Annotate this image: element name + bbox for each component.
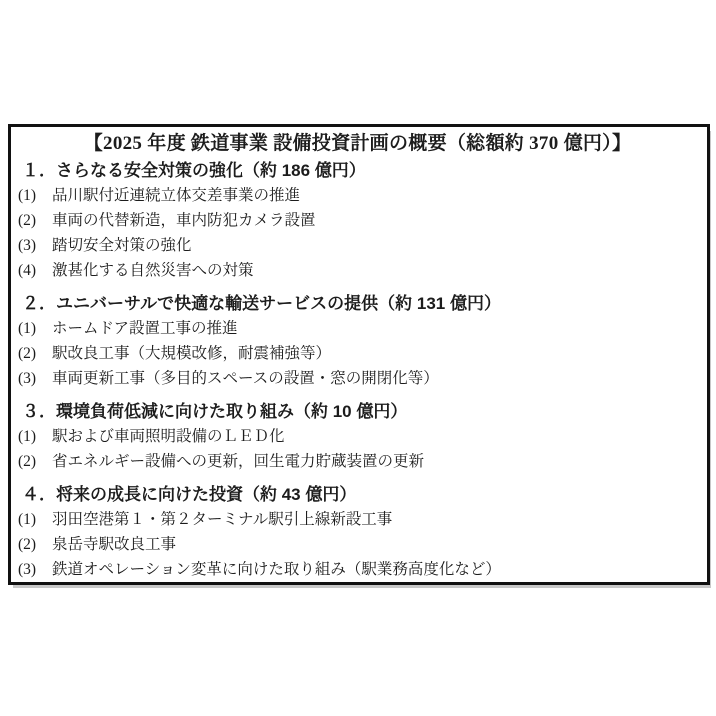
section-4-heading: ４．将来の成長に向けた投資（約 43 億円） <box>22 482 697 507</box>
section-3-environment: ３．環境負荷低減に向けた取り組み（約 10 億円） (1)駅および車両照明設備の… <box>18 399 697 474</box>
item-number: (1) <box>18 316 40 341</box>
item-text: 激甚化する自然災害への対策 <box>52 262 254 279</box>
item-text: ホームドア設置工事の推進 <box>52 320 238 337</box>
item-number: (4) <box>18 258 40 283</box>
section-4-future-growth: ４．将来の成長に向けた投資（約 43 億円） (1)羽田空港第１・第２ターミナル… <box>18 482 697 582</box>
plan-item: (1)ホームドア設置工事の推進 <box>18 316 697 341</box>
item-text: 車両更新工事（多目的スペースの設置・窓の開閉化等） <box>52 370 439 387</box>
item-number: (3) <box>18 233 40 258</box>
plan-item: (1)品川駅付近連続立体交差事業の推進 <box>18 183 697 208</box>
section-2-heading: ２．ユニバーサルで快適な輸送サービスの提供（約 131 億円） <box>22 291 697 316</box>
item-number: (1) <box>18 424 40 449</box>
plan-item: (2)泉岳寺駅改良工事 <box>18 532 697 557</box>
plan-item: (3)踏切安全対策の強化 <box>18 233 697 258</box>
plan-title: 【2025 年度 鉄道事業 設備投資計画の概要（総額約 370 億円）】 <box>18 130 697 158</box>
item-number: (2) <box>18 449 40 474</box>
item-text: 駅および車両照明設備のＬＥＤ化 <box>52 428 285 445</box>
item-number: (1) <box>18 507 40 532</box>
section-1-safety: １．さらなる安全対策の強化（約 186 億円） (1)品川駅付近連続立体交差事業… <box>18 158 697 283</box>
item-number: (2) <box>18 532 40 557</box>
plan-item: (2)駅改良工事（大規模改修，耐震補強等） <box>18 341 697 366</box>
item-number: (1) <box>18 183 40 208</box>
plan-item: (3)鉄道オペレーション変革に向けた取り組み（駅業務高度化など） <box>18 557 697 582</box>
item-text: 品川駅付近連続立体交差事業の推進 <box>52 187 300 204</box>
plan-item: (1)羽田空港第１・第２ターミナル駅引上線新設工事 <box>18 507 697 532</box>
item-text: 駅改良工事（大規模改修，耐震補強等） <box>52 345 331 362</box>
item-text: 省エネルギー設備への更新，回生電力貯蔵装置の更新 <box>52 453 424 470</box>
item-text: 鉄道オペレーション変革に向けた取り組み（駅業務高度化など） <box>52 561 501 578</box>
item-number: (3) <box>18 557 40 582</box>
item-text: 羽田空港第１・第２ターミナル駅引上線新設工事 <box>52 511 392 528</box>
plan-item: (2)省エネルギー設備への更新，回生電力貯蔵装置の更新 <box>18 449 697 474</box>
section-2-universal-service: ２．ユニバーサルで快適な輸送サービスの提供（約 131 億円） (1)ホームドア… <box>18 291 697 391</box>
item-number: (2) <box>18 341 40 366</box>
item-text: 泉岳寺駅改良工事 <box>52 536 176 553</box>
item-text: 車両の代替新造，車内防犯カメラ設置 <box>52 212 316 229</box>
plan-item: (3)車両更新工事（多目的スペースの設置・窓の開閉化等） <box>18 366 697 391</box>
plan-item: (1)駅および車両照明設備のＬＥＤ化 <box>18 424 697 449</box>
section-1-heading: １．さらなる安全対策の強化（約 186 億円） <box>22 158 697 183</box>
plan-item: (4)激甚化する自然災害への対策 <box>18 258 697 283</box>
section-3-heading: ３．環境負荷低減に向けた取り組み（約 10 億円） <box>22 399 697 424</box>
plan-item: (2)車両の代替新造，車内防犯カメラ設置 <box>18 208 697 233</box>
document-page: 【2025 年度 鉄道事業 設備投資計画の概要（総額約 370 億円）】 １．さ… <box>0 0 716 716</box>
item-number: (3) <box>18 366 40 391</box>
item-number: (2) <box>18 208 40 233</box>
item-text: 踏切安全対策の強化 <box>52 237 192 254</box>
investment-plan-summary-box: 【2025 年度 鉄道事業 設備投資計画の概要（総額約 370 億円）】 １．さ… <box>8 124 710 585</box>
